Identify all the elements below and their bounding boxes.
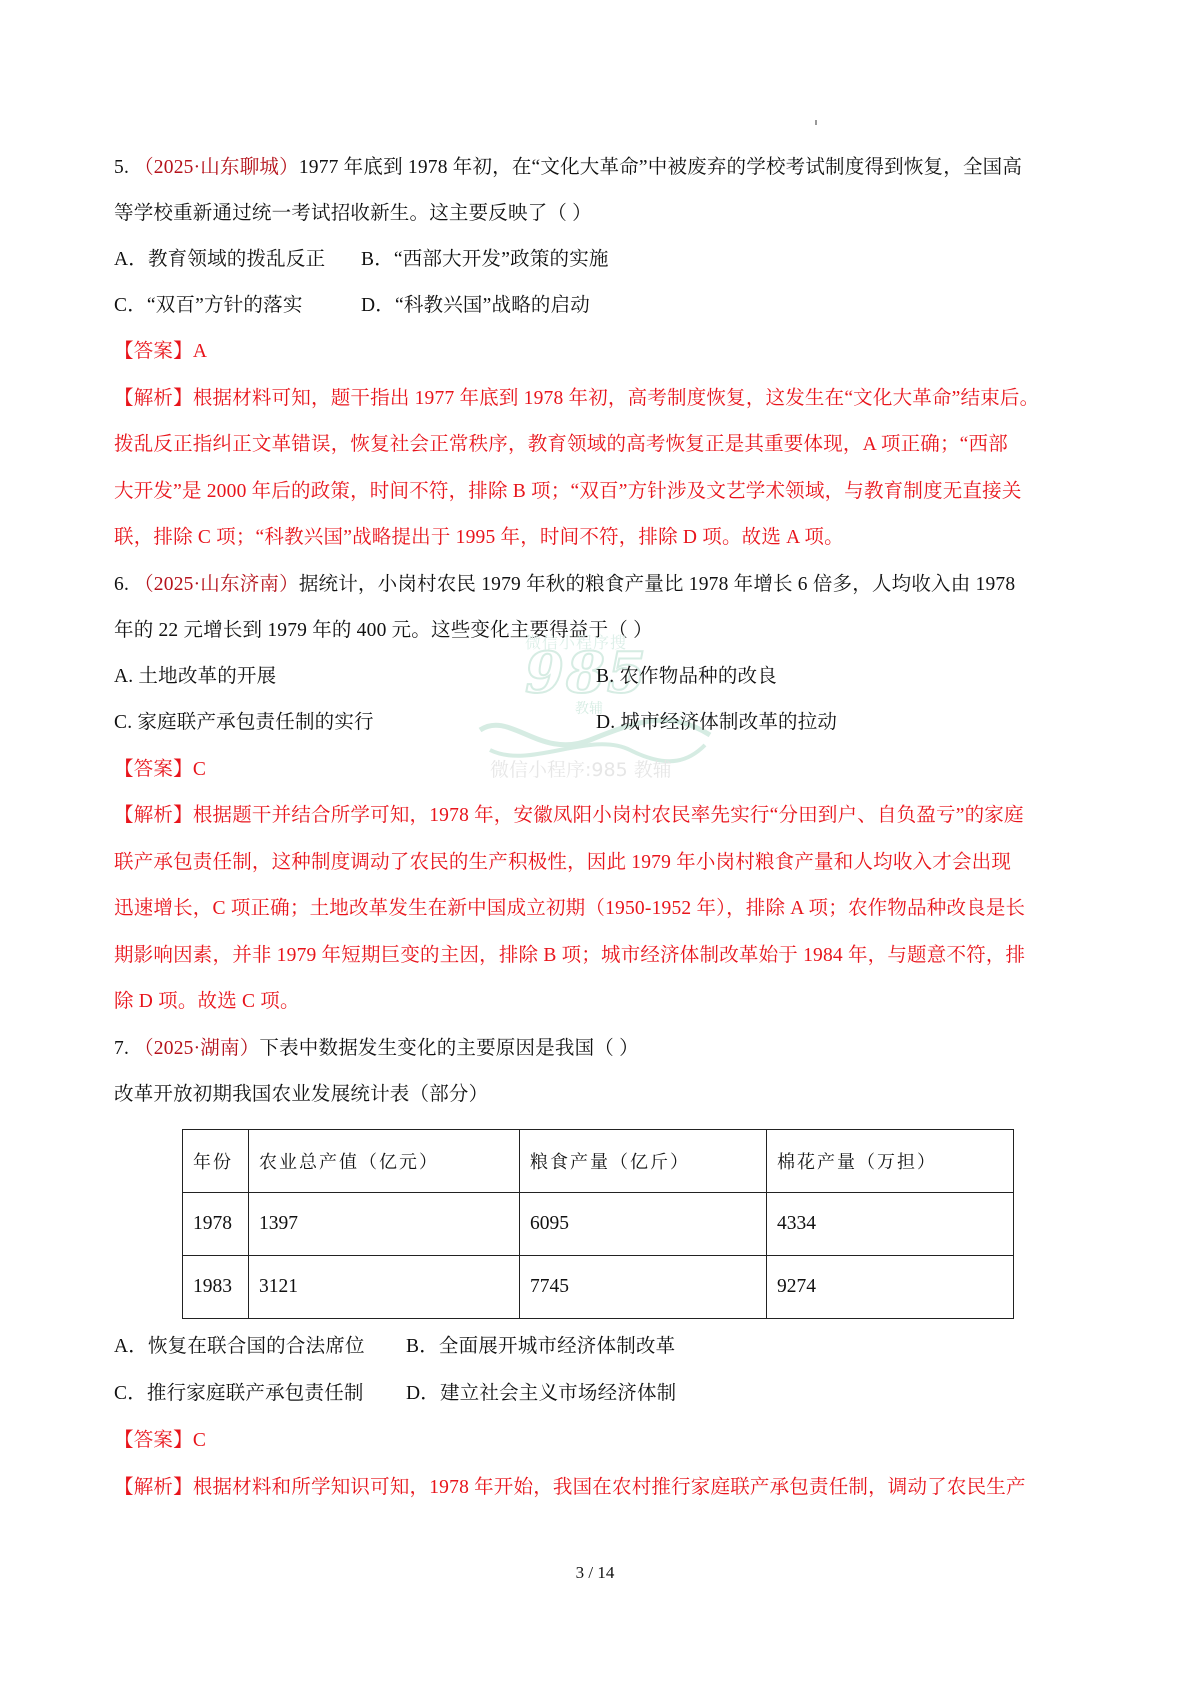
- q6-analysis-line-1: 【解析】根据题干并结合所学可知，1978 年，安徽凤阳小岗村农民率先实行“分田到…: [114, 802, 1024, 830]
- table-cell: 1397: [249, 1193, 520, 1256]
- table-header-year: 年份: [183, 1130, 249, 1193]
- q5-options-row-2: C．“双百”方针的落实 D．“科教兴国”战略的启动: [114, 292, 303, 320]
- q5-analysis-text-1: 根据材料可知，题干指出 1977 年底到 1978 年初，高考制度恢复，这发生在…: [193, 388, 1040, 409]
- q5-stem-line-2: 等学校重新通过统一考试招收新生。这主要反映了（ ）: [114, 200, 592, 228]
- page-number: 3 / 14: [0, 1563, 1190, 1583]
- q6-analysis-line-2: 联产承包责任制，这种制度调动了农民的生产积极性，因此 1979 年小岗村粮食产量…: [114, 849, 1011, 877]
- document-page: 5. （2025·山东聊城）1977 年底到 1978 年初，在“文化大革命”中…: [0, 0, 1190, 1683]
- q6-answer-label: 【答案】: [114, 759, 193, 780]
- agriculture-stats-table: 年份 农业总产值（亿元） 粮食产量（亿斤） 棉花产量（万担） 1978 1397…: [182, 1129, 1014, 1319]
- q6-answer-value: C: [193, 759, 206, 780]
- table-cell: 7745: [520, 1256, 767, 1319]
- q6-number: 6.: [114, 574, 129, 595]
- q7-option-c: C．推行家庭联产承包责任制: [114, 1383, 364, 1404]
- q7-analysis-text-1: 根据材料和所学知识可知，1978 年开始，我国在农村推行家庭联产承包责任制，调动…: [193, 1477, 1026, 1498]
- q6-option-c: C. 家庭联产承包责任制的实行: [114, 712, 374, 733]
- q7-option-a: A．恢复在联合国的合法席位: [114, 1336, 365, 1357]
- q5-option-d: D．“科教兴国”战略的启动: [361, 292, 590, 320]
- q7-option-d: D．建立社会主义市场经济体制: [406, 1380, 676, 1408]
- q6-option-b: B. 农作物品种的改良: [596, 663, 777, 691]
- q6-options-row-1: A. 土地改革的开展 B. 农作物品种的改良: [114, 663, 276, 691]
- q5-answer-label: 【答案】: [114, 341, 193, 362]
- table-header-row: 年份 农业总产值（亿元） 粮食产量（亿斤） 棉花产量（万担）: [183, 1130, 1014, 1193]
- q7-analysis-line-1: 【解析】根据材料和所学知识可知，1978 年开始，我国在农村推行家庭联产承包责任…: [114, 1474, 1026, 1502]
- table-cell: 3121: [249, 1256, 520, 1319]
- q6-answer: 【答案】C: [114, 756, 206, 784]
- q5-stem-text-1: 1977 年底到 1978 年初，在“文化大革命”中被废弃的学校考试制度得到恢复…: [299, 157, 1022, 178]
- q6-stem-line-2: 年的 22 元增长到 1979 年的 400 元。这些变化主要得益于（ ）: [114, 617, 653, 645]
- q5-analysis-line-4: 联，排除 C 项；“科教兴国”战略提出于 1995 年，时间不符，排除 D 项。…: [114, 524, 844, 552]
- table-cell: 1978: [183, 1193, 249, 1256]
- q7-option-b: B．全面展开城市经济体制改革: [406, 1333, 675, 1361]
- table-row: 1983 3121 7745 9274: [183, 1256, 1014, 1319]
- q6-analysis-text-1: 根据题干并结合所学可知，1978 年，安徽凤阳小岗村农民率先实行“分田到户、自负…: [193, 805, 1024, 826]
- q7-answer: 【答案】C: [114, 1427, 206, 1455]
- q7-number: 7.: [114, 1038, 129, 1059]
- q6-stem-text-1: 据统计，小岗村农民 1979 年秋的粮食产量比 1978 年增长 6 倍多，人均…: [299, 574, 1015, 595]
- table-cell: 6095: [520, 1193, 767, 1256]
- q7-table-caption: 改革开放初期我国农业发展统计表（部分）: [114, 1081, 488, 1109]
- q7-source: （2025·湖南）: [134, 1038, 259, 1059]
- q5-source: （2025·山东聊城）: [134, 157, 299, 178]
- q7-stem-line-1: 7. （2025·湖南）下表中数据发生变化的主要原因是我国（ ）: [114, 1035, 639, 1063]
- table-cell: 9274: [767, 1256, 1014, 1319]
- q7-analysis-label: 【解析】: [114, 1477, 193, 1498]
- q7-stem-text-1: 下表中数据发生变化的主要原因是我国（ ）: [259, 1038, 638, 1059]
- q5-analysis-label: 【解析】: [114, 388, 193, 409]
- table-row: 1978 1397 6095 4334: [183, 1193, 1014, 1256]
- q6-analysis-label: 【解析】: [114, 805, 193, 826]
- q7-answer-value: C: [193, 1430, 206, 1451]
- table-header-agri-output: 农业总产值（亿元）: [249, 1130, 520, 1193]
- q5-option-b: B．“西部大开发”政策的实施: [361, 246, 609, 274]
- top-mark: [815, 120, 817, 125]
- q6-option-a: A. 土地改革的开展: [114, 666, 276, 687]
- q7-answer-label: 【答案】: [114, 1430, 193, 1451]
- table-cell: 1983: [183, 1256, 249, 1319]
- q5-analysis-line-3: 大开发”是 2000 年后的政策，时间不符，排除 B 项；“双百”方针涉及文艺学…: [114, 478, 1022, 506]
- q5-options-row-1: A．教育领域的拨乱反正 B．“西部大开发”政策的实施: [114, 246, 325, 274]
- q5-option-c: C．“双百”方针的落实: [114, 295, 303, 316]
- q5-analysis-line-1: 【解析】根据材料可知，题干指出 1977 年底到 1978 年初，高考制度恢复，…: [114, 385, 1039, 413]
- q5-answer-value: A: [193, 341, 207, 362]
- table-header-cotton: 棉花产量（万担）: [767, 1130, 1014, 1193]
- q5-answer: 【答案】A: [114, 338, 207, 366]
- q6-source: （2025·山东济南）: [134, 574, 299, 595]
- q6-analysis-line-3: 迅速增长，C 项正确；土地改革发生在新中国成立初期（1950-1952 年），排…: [114, 895, 1025, 923]
- q5-stem-line-1: 5. （2025·山东聊城）1977 年底到 1978 年初，在“文化大革命”中…: [114, 154, 1022, 182]
- q5-analysis-line-2: 拨乱反正指纠正文革错误，恢复社会正常秩序，教育领域的高考恢复正是其重要体现，A …: [114, 431, 1008, 459]
- watermark-bottom-text: 微信小程序:985 教辅: [490, 755, 672, 782]
- q6-stem-line-1: 6. （2025·山东济南）据统计，小岗村农民 1979 年秋的粮食产量比 19…: [114, 571, 1015, 599]
- q7-options-row-1: A．恢复在联合国的合法席位 B．全面展开城市经济体制改革: [114, 1333, 365, 1361]
- q6-option-d: D. 城市经济体制改革的拉动: [596, 709, 837, 737]
- table-cell: 4334: [767, 1193, 1014, 1256]
- q6-options-row-2: C. 家庭联产承包责任制的实行 D. 城市经济体制改革的拉动: [114, 709, 374, 737]
- q5-number: 5.: [114, 157, 129, 178]
- q5-option-a: A．教育领域的拨乱反正: [114, 249, 325, 270]
- q6-analysis-line-4: 期影响因素，并非 1979 年短期巨变的主因，排除 B 项；城市经济体制改革始于…: [114, 942, 1025, 970]
- q7-options-row-2: C．推行家庭联产承包责任制 D．建立社会主义市场经济体制: [114, 1380, 364, 1408]
- q6-analysis-line-5: 除 D 项。故选 C 项。: [114, 988, 300, 1016]
- table-header-grain: 粮食产量（亿斤）: [520, 1130, 767, 1193]
